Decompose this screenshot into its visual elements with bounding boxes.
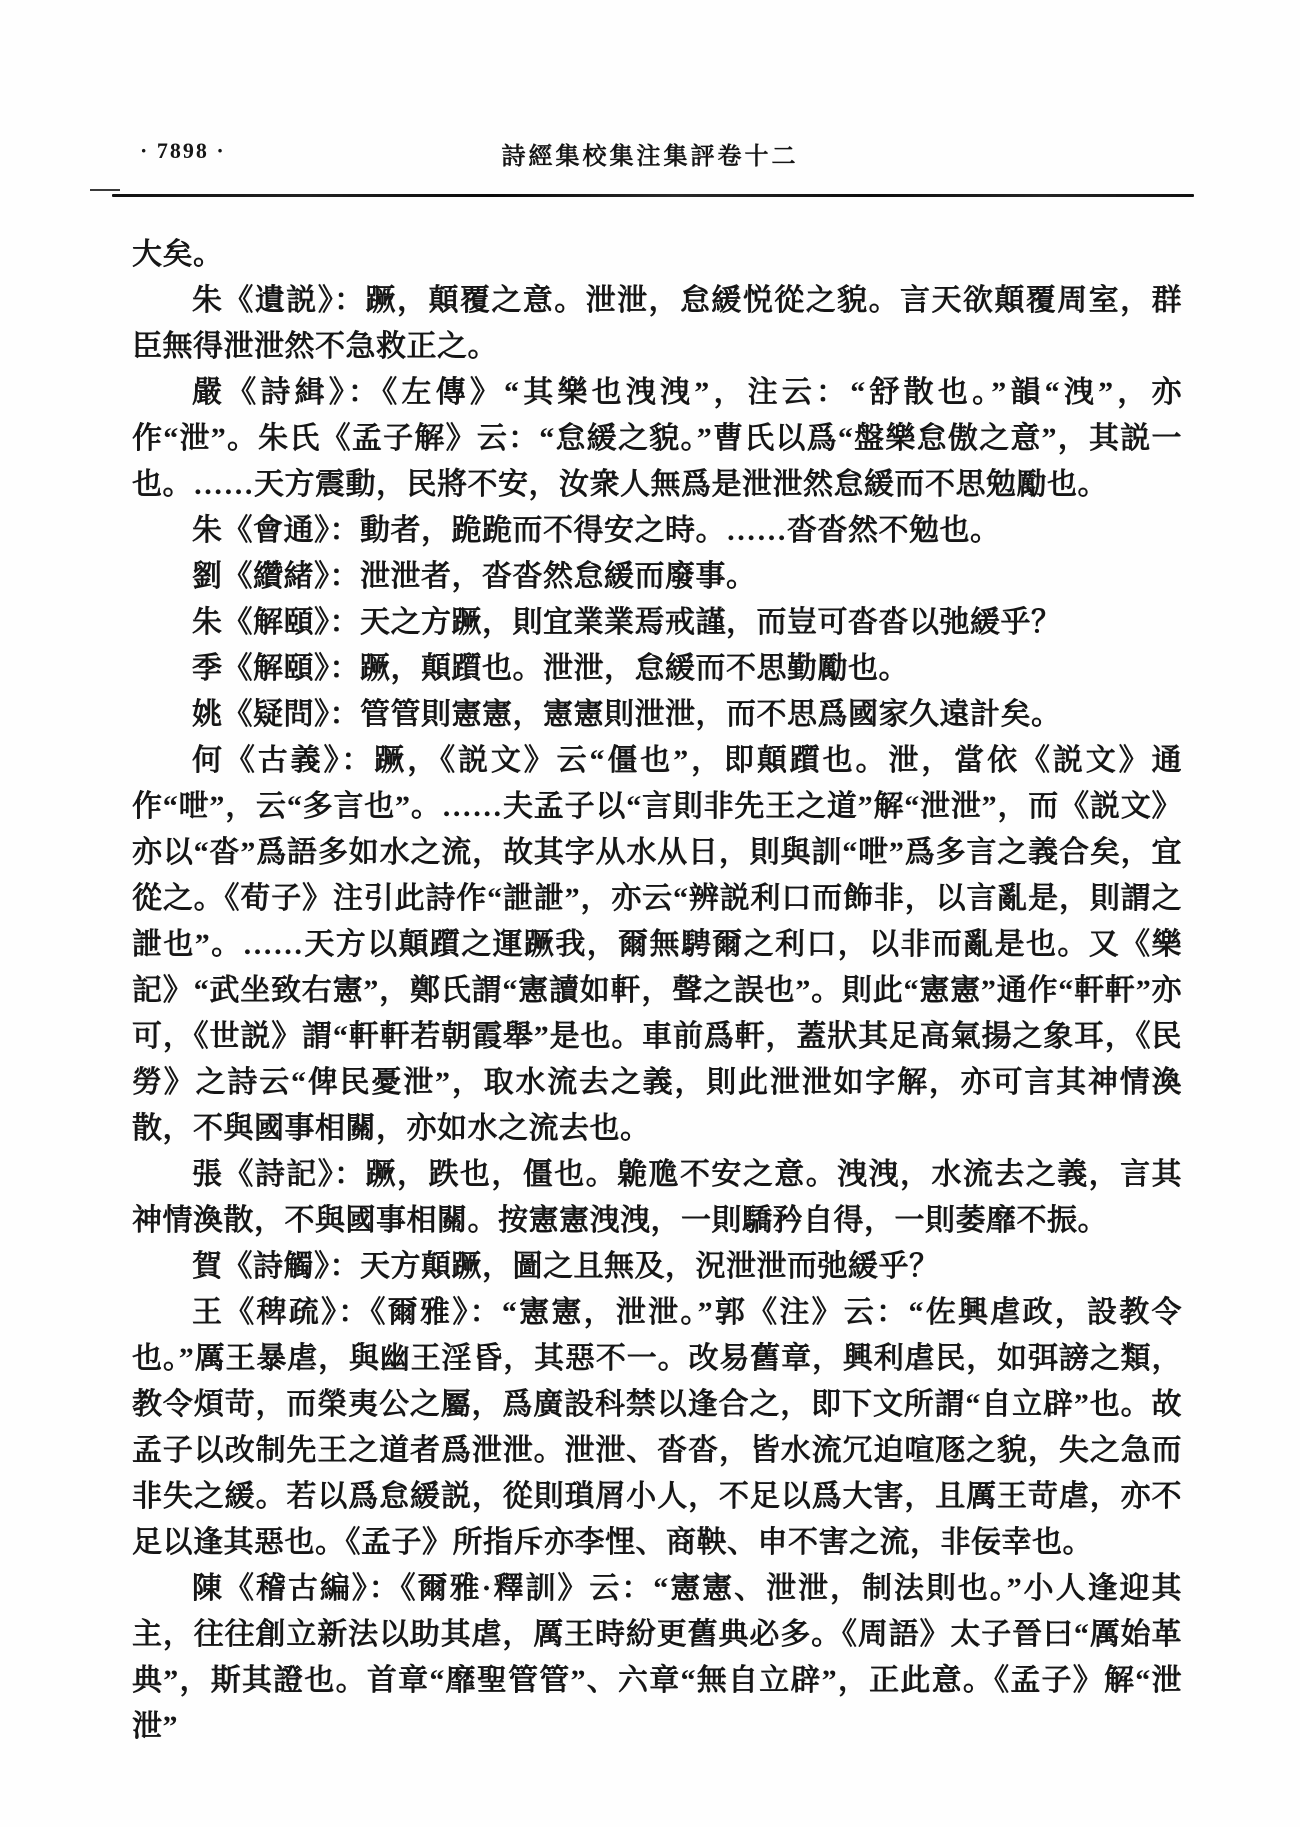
paragraph: 王《稗疏》：《爾雅》：“憲憲，泄泄。”郭《注》云：“佐興虐政，設教令也。”厲王暴… — [132, 1290, 1182, 1566]
paragraph: 季《解頤》：蹶，顛躓也。泄泄，怠緩而不思勤勵也。 — [132, 646, 1182, 692]
paragraph: 朱《遺説》：蹶，顛覆之意。泄泄，怠緩悦從之貌。言天欲顛覆周室，群臣無得泄泄然不急… — [132, 278, 1182, 370]
paragraph: 張《詩記》：蹶，跌也，僵也。臲卼不安之意。洩洩，水流去之義，言其神情渙散，不與國… — [132, 1152, 1182, 1244]
page-title: 詩經集校集注集評卷十二 — [0, 136, 1300, 171]
paragraph: 嚴《詩緝》：《左傳》“其樂也洩洩”，注云：“舒散也。”韻“洩”，亦作“泄”。朱氏… — [132, 370, 1182, 508]
scanned-book-page: · 7898 · 詩經集校集注集評卷十二 大矣。朱《遺説》：蹶，顛覆之意。泄泄，… — [0, 0, 1300, 1827]
header-rule-divider — [112, 194, 1194, 197]
paragraph: 陳《稽古編》：《爾雅·釋訓》云：“憲憲、泄泄，制法則也。”小人逢迎其主，往往創立… — [132, 1566, 1182, 1750]
paragraph: 賀《詩觸》：天方顛蹶，圖之且無及，況泄泄而弛緩乎？ — [132, 1244, 1182, 1290]
paragraph: 何《古義》：蹶，《説文》云“僵也”，即顛躓也。泄，當依《説文》通作“呭”，云“多… — [132, 738, 1182, 1152]
page-body: 大矣。朱《遺説》：蹶，顛覆之意。泄泄，怠緩悦從之貌。言天欲顛覆周室，群臣無得泄泄… — [132, 232, 1182, 1750]
paragraph: 大矣。 — [132, 232, 1182, 278]
paragraph: 朱《解頤》：天之方蹶，則宜業業焉戒謹，而豈可沓沓以弛緩乎？ — [132, 600, 1182, 646]
paragraph: 朱《會通》：動者，跪跪而不得安之時。……沓沓然不勉也。 — [132, 508, 1182, 554]
running-header: · 7898 · 詩經集校集注集評卷十二 — [0, 136, 1300, 172]
paragraph: 姚《疑問》：管管則憲憲，憲憲則泄泄，而不思爲國家久遠計矣。 — [132, 692, 1182, 738]
paragraph: 劉《纘緒》：泄泄者，沓沓然怠緩而廢事。 — [132, 554, 1182, 600]
